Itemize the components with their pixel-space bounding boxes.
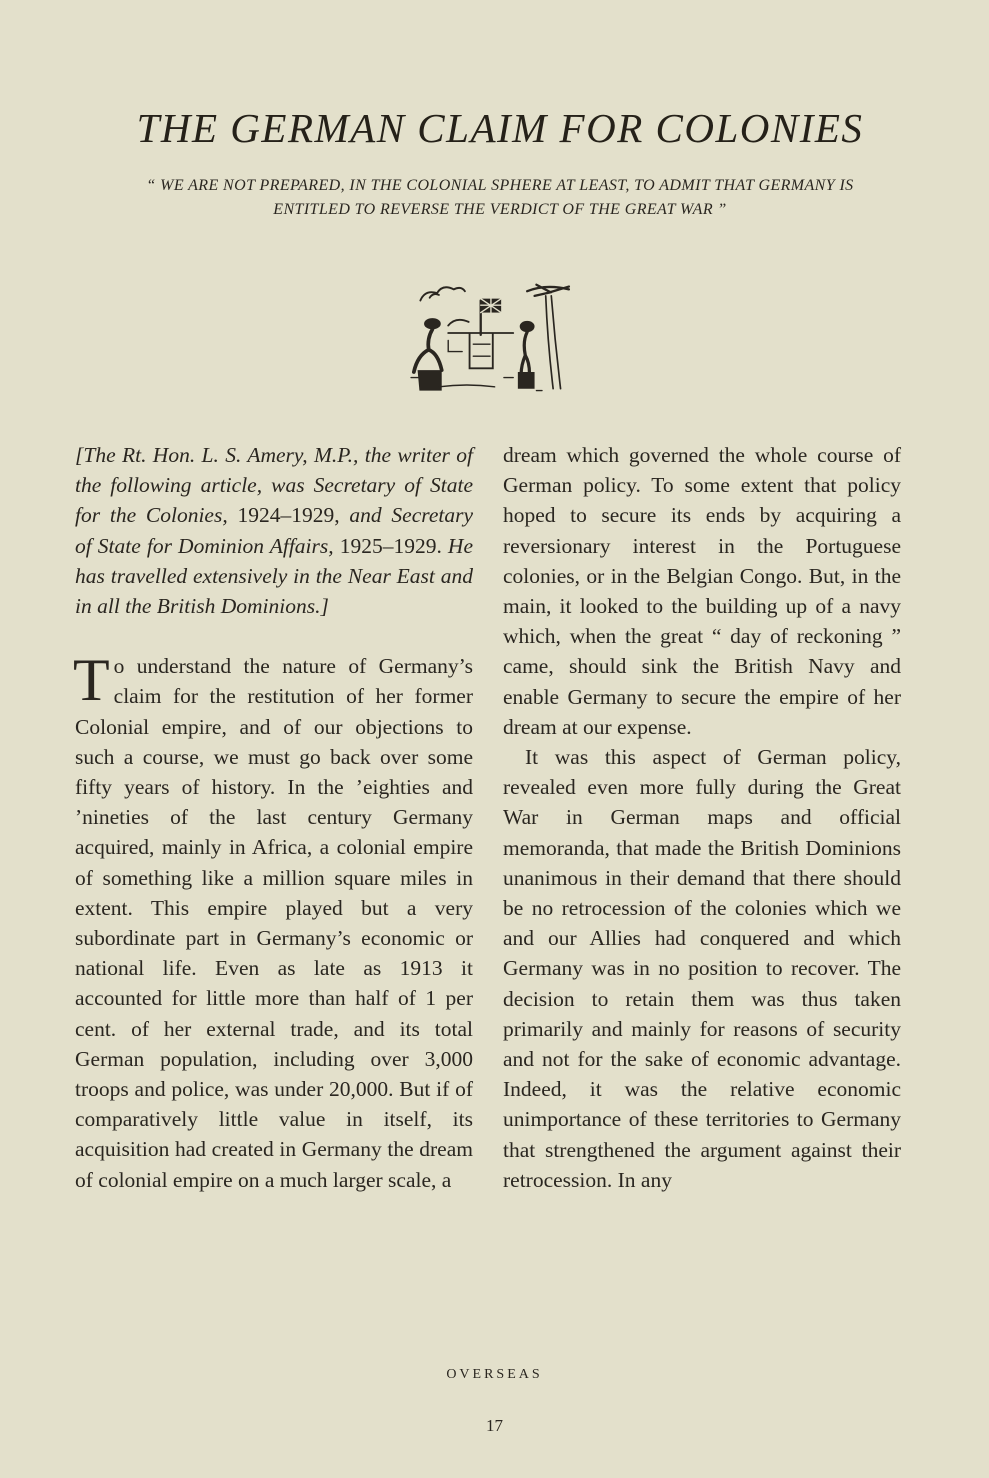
magazine-page: THE GERMAN CLAIM FOR COLONIES “ WE ARE N…: [0, 0, 989, 1478]
body-paragraph-1-text: o understand the nature of Germany’s cla…: [75, 654, 473, 1191]
body-paragraph-2: It was this aspect of German policy, rev…: [503, 742, 901, 1195]
body-paragraph-1-continued: dream which governed the whole course of…: [503, 440, 901, 742]
drop-cap: T: [73, 655, 110, 705]
author-note: [The Rt. Hon. L. S. Amery, M.P., the wri…: [75, 440, 473, 621]
magazine-name-footer: OVERSEAS: [0, 1367, 989, 1383]
article-title: THE GERMAN CLAIM FOR COLONIES: [80, 104, 920, 152]
author-note-years1: 1924–1929,: [238, 503, 340, 527]
author-note-years2: 1925–1929.: [340, 534, 442, 558]
page-number: 17: [0, 1416, 989, 1436]
left-column: [The Rt. Hon. L. S. Amery, M.P., the wri…: [75, 440, 473, 1195]
right-column: dream which governed the whole course of…: [503, 440, 901, 1195]
body-paragraph-1: To understand the nature of Germany’s cl…: [75, 651, 473, 1195]
article-subtitle-quote: “ WE ARE NOT PREPARED, IN THE COLONIAL S…: [110, 174, 890, 222]
colonial-scene-illustration: [395, 268, 585, 398]
